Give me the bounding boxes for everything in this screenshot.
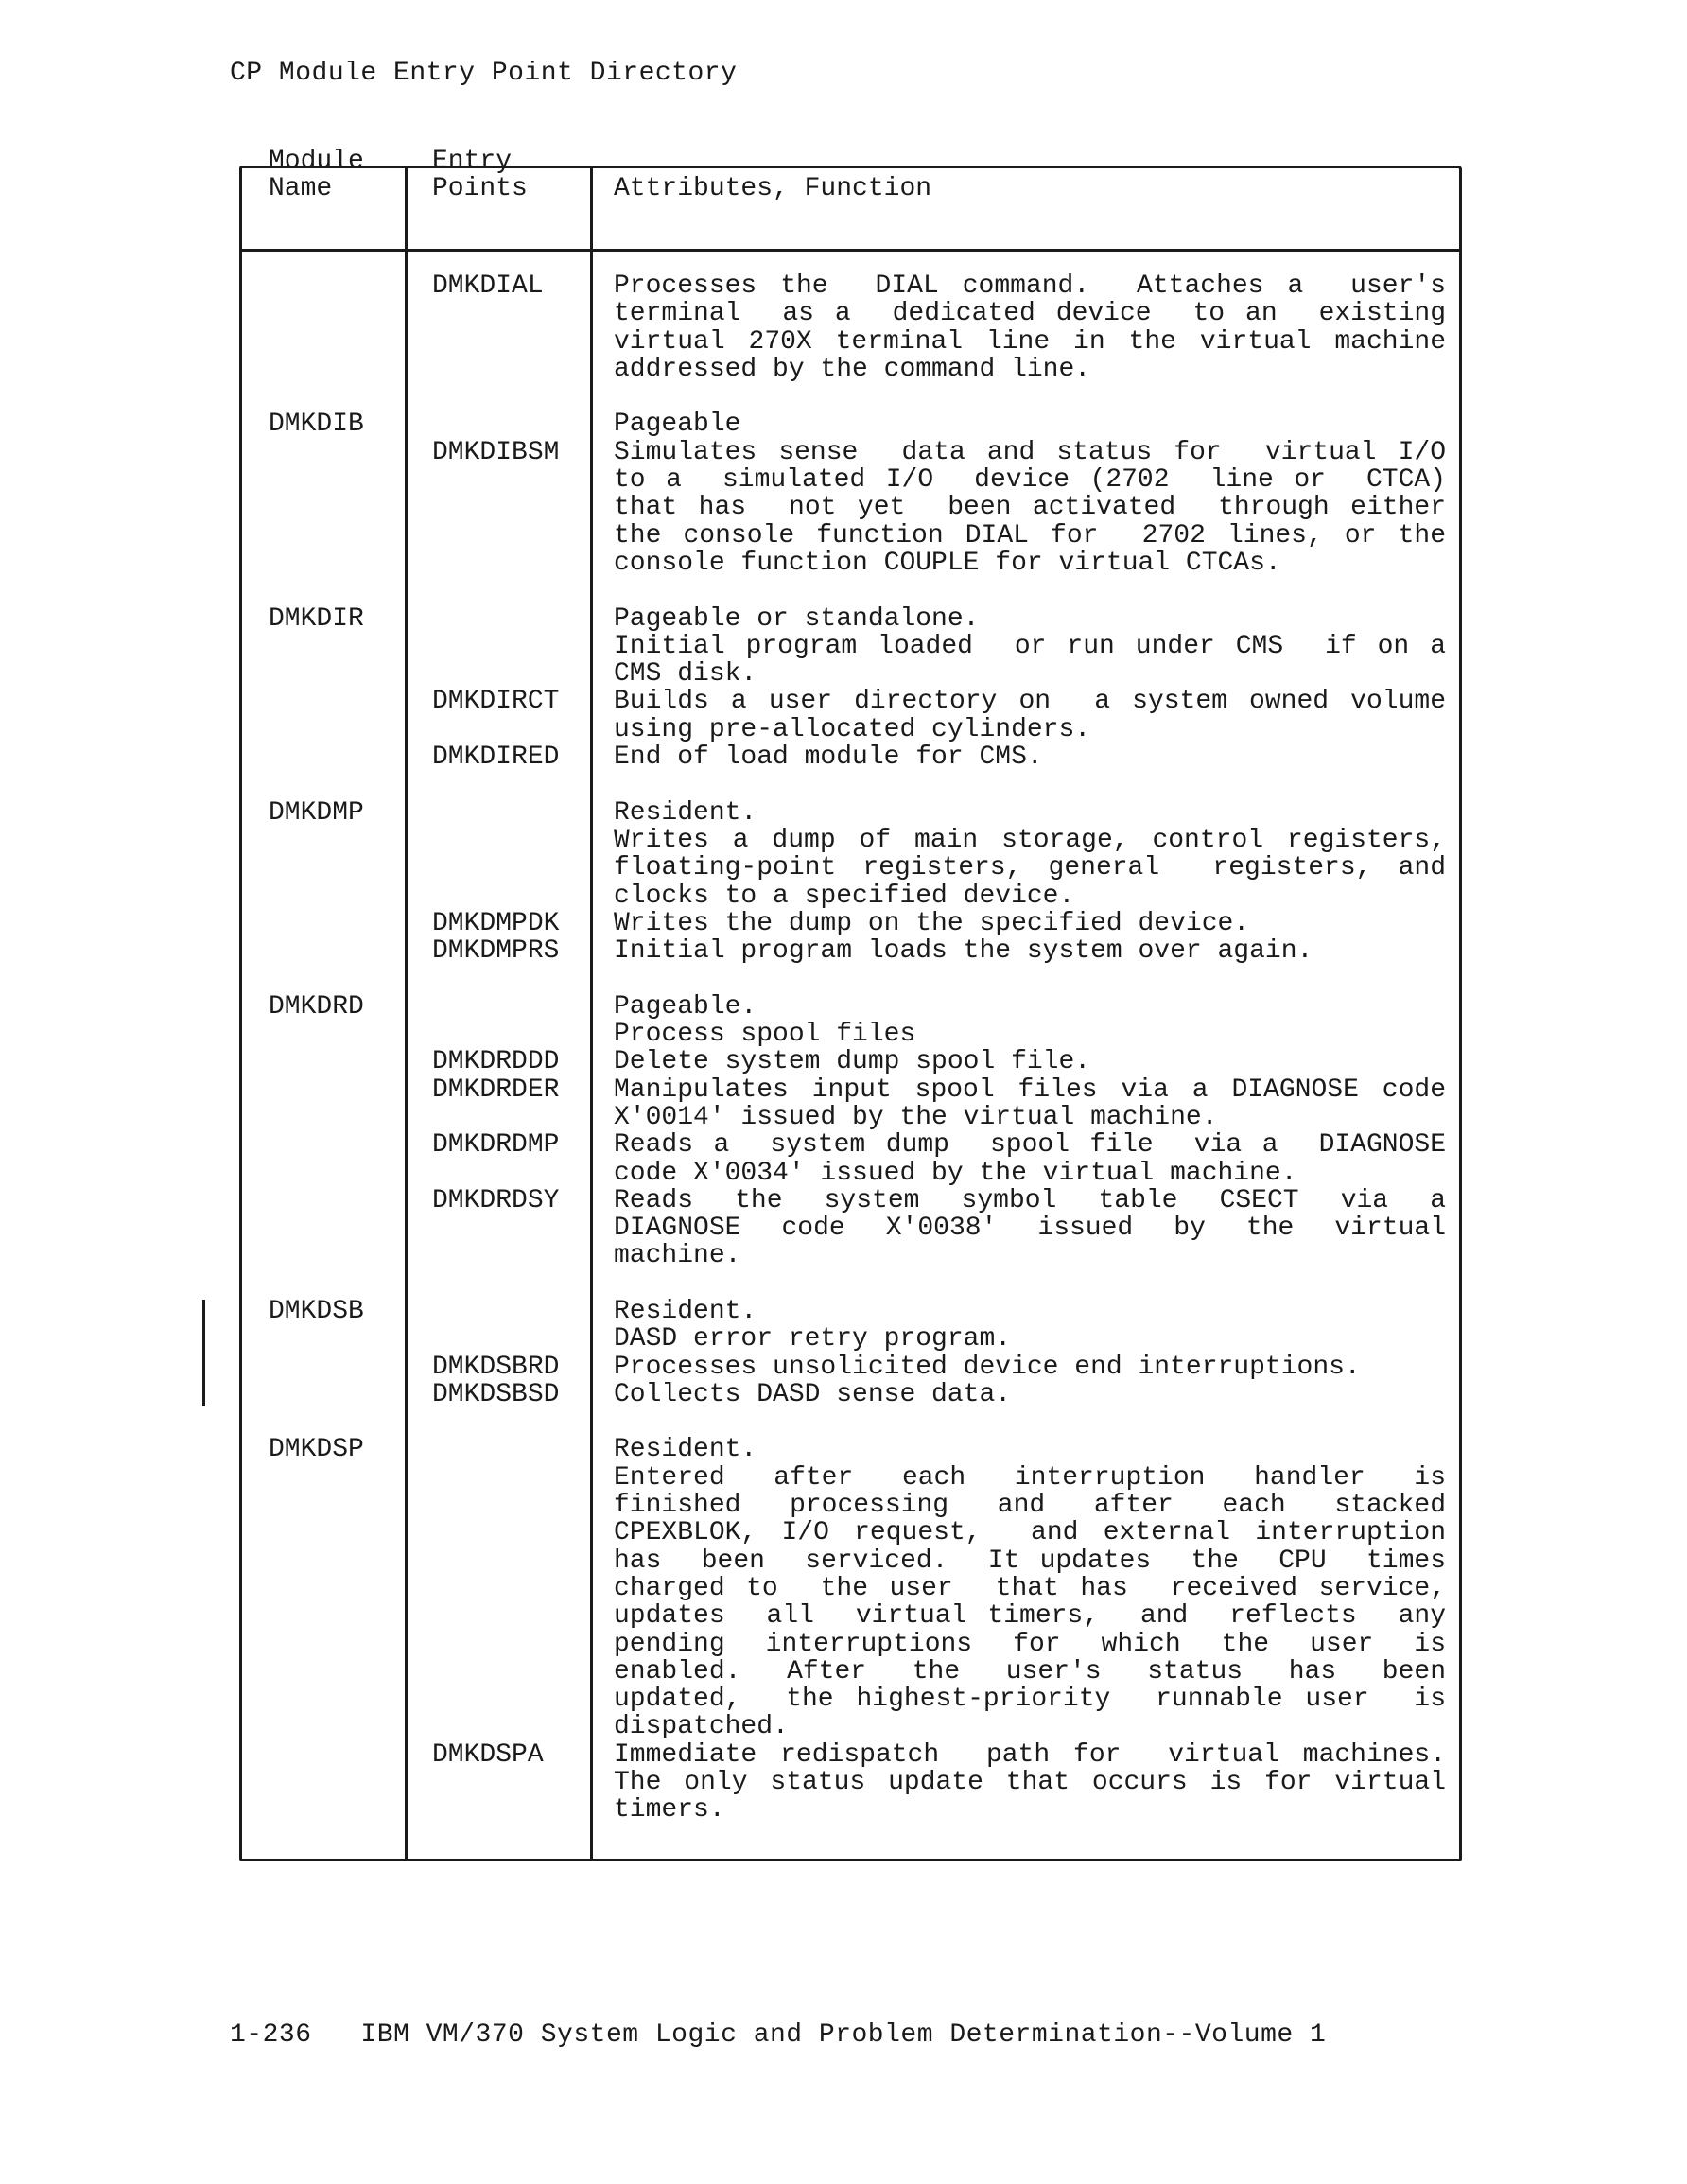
function-description-cell: CMS disk. xyxy=(614,660,1446,688)
table-row: machine. xyxy=(242,1242,1459,1269)
table-row: that has not yet been activated through … xyxy=(242,494,1459,521)
function-description-cell: has been serviced. It updates the CPU ti… xyxy=(614,1547,1446,1575)
function-description-cell: Pageable xyxy=(614,411,1446,438)
table-row: to a simulated I/O device (2702 line or … xyxy=(242,466,1459,494)
module-name-cell: DMKDIB xyxy=(269,411,364,438)
function-description-cell: charged to the user that has received se… xyxy=(614,1575,1446,1602)
table-row: DASD error retry program. xyxy=(242,1325,1459,1353)
table-row: DMKDRDMPReads a system dump spool file v… xyxy=(242,1131,1459,1159)
function-description-cell: Immediate redispatch path for virtual ma… xyxy=(614,1741,1446,1769)
table-row: dispatched. xyxy=(242,1713,1459,1740)
function-description-cell: Resident. xyxy=(614,799,1446,827)
table-row: finished processing and after each stack… xyxy=(242,1492,1459,1519)
table-row: X'0014' issued by the virtual machine. xyxy=(242,1104,1459,1131)
function-description-cell: Manipulates input spool files via a DIAG… xyxy=(614,1076,1446,1104)
function-description-cell: floating-point registers, general regist… xyxy=(614,854,1446,882)
table-row: console function COUPLE for virtual CTCA… xyxy=(242,550,1459,577)
module-name-cell: DMKDSP xyxy=(269,1436,364,1463)
table-row: timers. xyxy=(242,1796,1459,1824)
function-description-cell: that has not yet been activated through … xyxy=(614,494,1446,521)
function-description-cell: Builds a user directory on a system owne… xyxy=(614,688,1446,715)
table-row: CPEXBLOK, I/O request, and external inte… xyxy=(242,1519,1459,1546)
function-description-cell: Process spool files xyxy=(614,1021,1446,1048)
function-description-cell: DIAGNOSE code X'0038' issued by the virt… xyxy=(614,1214,1446,1242)
entry-point-cell: DMKDSPA xyxy=(432,1741,544,1769)
table-row: code X'0034' issued by the virtual machi… xyxy=(242,1160,1459,1187)
table-row: updates all virtual timers, and reflects… xyxy=(242,1602,1459,1630)
table-row: enabled. After the user's status has bee… xyxy=(242,1658,1459,1686)
function-description-cell: The only status update that occurs is fo… xyxy=(614,1769,1446,1796)
table-row: DMKDSBResident. xyxy=(242,1298,1459,1325)
table-row: DIAGNOSE code X'0038' issued by the virt… xyxy=(242,1214,1459,1242)
table-row: the console function DIAL for 2702 lines… xyxy=(242,522,1459,550)
table-row: has been serviced. It updates the CPU ti… xyxy=(242,1547,1459,1575)
function-description-cell: Writes a dump of main storage, control r… xyxy=(614,827,1446,854)
entry-point-cell: DMKDSBRD xyxy=(432,1354,559,1381)
table-row: updated, the highest-priority runnable u… xyxy=(242,1686,1459,1713)
table-row xyxy=(242,771,1459,798)
function-description-cell: End of load module for CMS. xyxy=(614,743,1446,771)
function-description-cell: X'0014' issued by the virtual machine. xyxy=(614,1104,1446,1131)
header-entry-points: EntryPoints xyxy=(432,148,528,203)
function-description-cell: Writes the dump on the specified device. xyxy=(614,910,1446,937)
function-description-cell: Processes the DIAL command. Attaches a u… xyxy=(614,272,1446,300)
function-description-cell: code X'0034' issued by the virtual machi… xyxy=(614,1160,1446,1187)
function-description-cell: updates all virtual timers, and reflects… xyxy=(614,1602,1446,1630)
function-description-cell: Collects DASD sense data. xyxy=(614,1381,1446,1408)
table-row xyxy=(242,965,1459,992)
function-description-cell: updated, the highest-priority runnable u… xyxy=(614,1686,1446,1713)
revision-change-bar xyxy=(202,1300,205,1406)
module-name-cell: DMKDMP xyxy=(269,799,364,827)
table-row: DMKDIREDEnd of load module for CMS. xyxy=(242,743,1459,771)
function-description-cell: terminal as a dedicated device to an exi… xyxy=(614,300,1446,327)
module-name-cell: DMKDRD xyxy=(269,993,364,1021)
function-description-cell: to a simulated I/O device (2702 line or … xyxy=(614,466,1446,494)
module-name-cell: DMKDIR xyxy=(269,605,364,633)
table-body: DMKDIALProcesses the DIAL command. Attac… xyxy=(242,272,1459,1825)
entry-point-cell: DMKDIBSM xyxy=(432,439,559,466)
table-row: Entered after each interruption handler … xyxy=(242,1464,1459,1492)
function-description-cell: clocks to a specified device. xyxy=(614,882,1446,910)
table-row xyxy=(242,1270,1459,1298)
table-row: Writes a dump of main storage, control r… xyxy=(242,827,1459,854)
function-description-cell: Delete system dump spool file. xyxy=(614,1048,1446,1075)
function-description-cell: the console function DIAL for 2702 lines… xyxy=(614,522,1446,550)
function-description-cell: pending interruptions for which the user… xyxy=(614,1631,1446,1658)
entry-point-cell: DMKDMPDK xyxy=(432,910,559,937)
function-description-cell: Initial program loaded or run under CMS … xyxy=(614,633,1446,660)
table-row: Process spool files xyxy=(242,1021,1459,1048)
entry-point-cell: DMKDIAL xyxy=(432,272,544,300)
function-description-cell: Pageable or standalone. xyxy=(614,605,1446,633)
table-row: DMKDSBRDProcesses unsolicited device end… xyxy=(242,1354,1459,1381)
table-row: DMKDIRPageable or standalone. xyxy=(242,605,1459,633)
table-row: DMKDRDPageable. xyxy=(242,993,1459,1021)
entry-point-cell: DMKDSBSD xyxy=(432,1381,559,1408)
table-row: pending interruptions for which the user… xyxy=(242,1631,1459,1658)
module-name-cell: DMKDSB xyxy=(269,1298,364,1325)
table-row: terminal as a dedicated device to an exi… xyxy=(242,300,1459,327)
table-row: Initial program loaded or run under CMS … xyxy=(242,633,1459,660)
entry-point-cell: DMKDRDSY xyxy=(432,1187,559,1214)
function-description-cell: dispatched. xyxy=(614,1713,1446,1740)
function-description-cell: Resident. xyxy=(614,1436,1446,1463)
function-description-cell: finished processing and after each stack… xyxy=(614,1492,1446,1519)
table-row: DMKDRDSYReads the system symbol table CS… xyxy=(242,1187,1459,1214)
function-description-cell: machine. xyxy=(614,1242,1446,1269)
function-description-cell: addressed by the command line. xyxy=(614,356,1446,383)
entry-point-cell: DMKDIRED xyxy=(432,743,559,771)
table-row xyxy=(242,383,1459,411)
table-row: DMKDIBPageable xyxy=(242,411,1459,438)
entry-point-cell: DMKDRDMP xyxy=(432,1131,559,1159)
table-row: DMKDSPResident. xyxy=(242,1436,1459,1463)
header-module-name: ModuleName xyxy=(269,148,364,203)
entry-point-cell: DMKDRDER xyxy=(432,1076,559,1104)
table-row: DMKDSBSDCollects DASD sense data. xyxy=(242,1381,1459,1408)
table-row: using pre-allocated cylinders. xyxy=(242,716,1459,743)
function-description-cell: timers. xyxy=(614,1796,1446,1824)
table-row: DMKDRDERManipulates input spool files vi… xyxy=(242,1076,1459,1104)
table-row: clocks to a specified device. xyxy=(242,882,1459,910)
table-row: DMKDIBSMSimulates sense data and status … xyxy=(242,439,1459,466)
entry-point-cell: DMKDIRCT xyxy=(432,688,559,715)
function-description-cell: Processes unsolicited device end interru… xyxy=(614,1354,1446,1381)
function-description-cell: enabled. After the user's status has bee… xyxy=(614,1658,1446,1686)
function-description-cell: Resident. xyxy=(614,1298,1446,1325)
table-row: addressed by the command line. xyxy=(242,356,1459,383)
entry-point-table: ModuleName EntryPoints Attributes, Funct… xyxy=(239,166,1462,1861)
function-description-cell: CPEXBLOK, I/O request, and external inte… xyxy=(614,1519,1446,1546)
function-description-cell: Pageable. xyxy=(614,993,1446,1021)
function-description-cell: console function COUPLE for virtual CTCA… xyxy=(614,550,1446,577)
table-row xyxy=(242,1408,1459,1436)
table-row: charged to the user that has received se… xyxy=(242,1575,1459,1602)
header-separator xyxy=(242,249,1459,252)
function-description-cell: Initial program loads the system over ag… xyxy=(614,937,1446,965)
function-description-cell: DASD error retry program. xyxy=(614,1325,1446,1353)
table-row: DMKDMPResident. xyxy=(242,799,1459,827)
function-description-cell: Simulates sense data and status for virt… xyxy=(614,439,1446,466)
header-attributes-function: Attributes, Function xyxy=(614,175,931,202)
table-row: DMKDIALProcesses the DIAL command. Attac… xyxy=(242,272,1459,300)
table-row xyxy=(242,577,1459,604)
table-row: DMKDMPDKWrites the dump on the specified… xyxy=(242,910,1459,937)
entry-point-cell: DMKDRDDD xyxy=(432,1048,559,1075)
page-title: CP Module Entry Point Directory xyxy=(230,59,737,88)
table-row: floating-point registers, general regist… xyxy=(242,854,1459,882)
table-row: The only status update that occurs is fo… xyxy=(242,1769,1459,1796)
table-row: DMKDRDDDDelete system dump spool file. xyxy=(242,1048,1459,1075)
table-row: DMKDMPRSInitial program loads the system… xyxy=(242,937,1459,965)
function-description-cell: Entered after each interruption handler … xyxy=(614,1464,1446,1492)
table-row: DMKDIRCTBuilds a user directory on a sys… xyxy=(242,688,1459,715)
table-row: DMKDSPAImmediate redispatch path for vir… xyxy=(242,1741,1459,1769)
function-description-cell: Reads a system dump spool file via a DIA… xyxy=(614,1131,1446,1159)
function-description-cell: using pre-allocated cylinders. xyxy=(614,716,1446,743)
table-row: virtual 270X terminal line in the virtua… xyxy=(242,328,1459,356)
entry-point-cell: DMKDMPRS xyxy=(432,937,559,965)
function-description-cell: Reads the system symbol table CSECT via … xyxy=(614,1187,1446,1214)
function-description-cell: virtual 270X terminal line in the virtua… xyxy=(614,328,1446,356)
table-row: CMS disk. xyxy=(242,660,1459,688)
page-footer: 1-236 IBM VM/370 System Logic and Proble… xyxy=(230,2020,1326,2050)
